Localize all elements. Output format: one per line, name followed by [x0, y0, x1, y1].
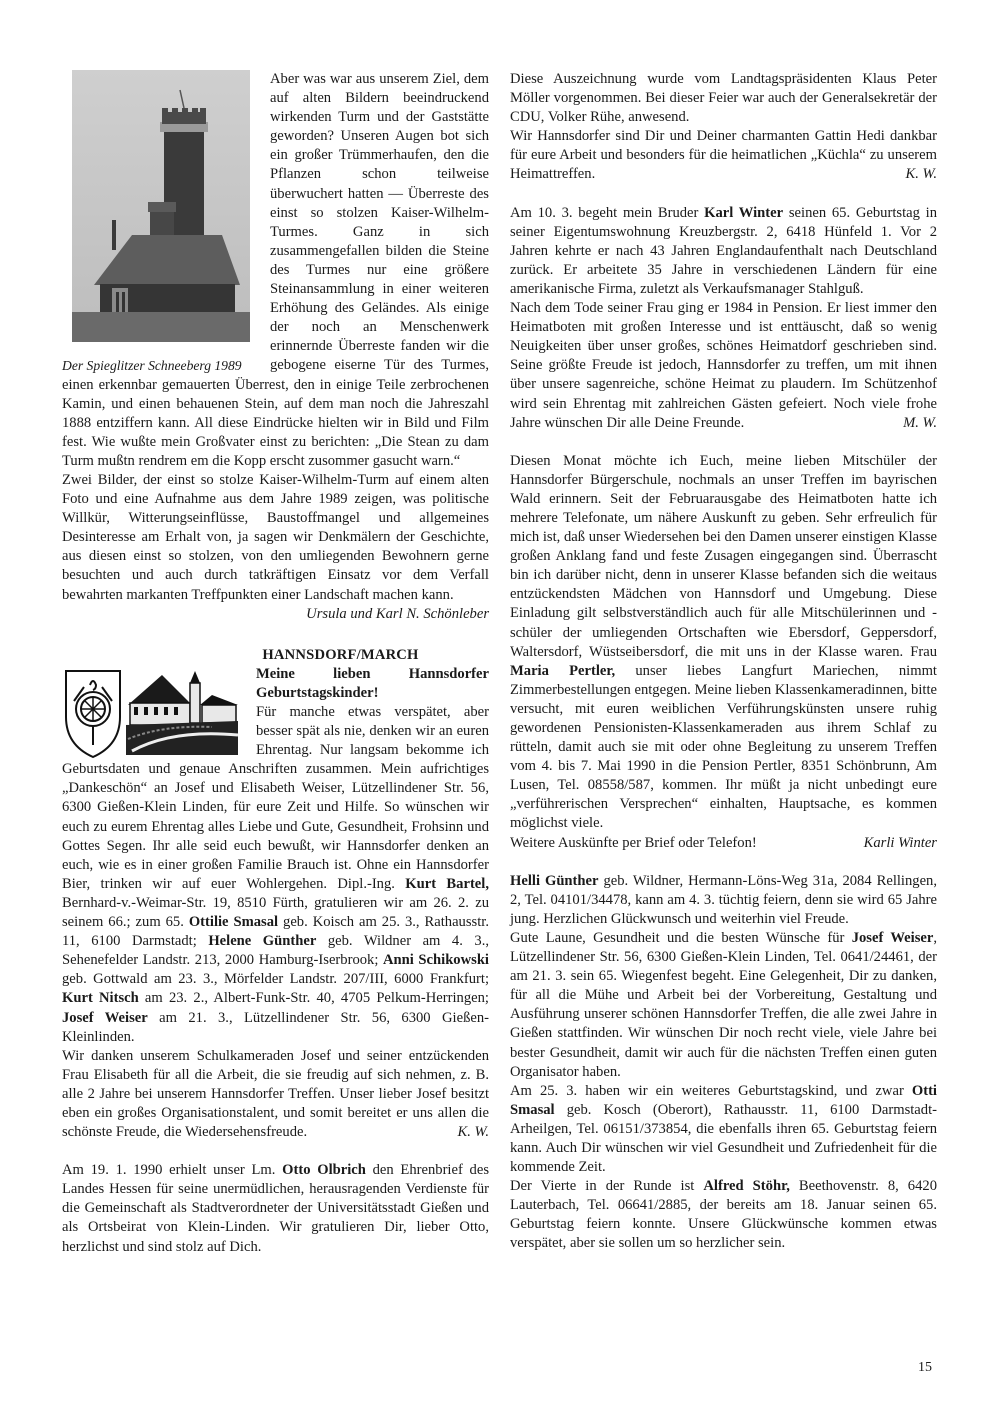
- paragraph: Am 25. 3. haben wir ein weiteres Geburts…: [510, 1082, 937, 1177]
- paragraph: Gute Laune, Gesundheit und die besten Wü…: [510, 929, 937, 1082]
- spacer: [510, 853, 937, 872]
- article-kaiser-wilhelm-turm: Der Spieglitzer Schneeberg 1989 Aber was…: [62, 70, 489, 471]
- paragraph: Wir Hannsdorfer sind Dir und Deiner char…: [510, 127, 937, 184]
- author-signature: Ursula und Karl N. Schönleber: [62, 605, 489, 624]
- author-signature: K. W.: [458, 1123, 490, 1142]
- person-name: Helli Günther: [510, 873, 599, 889]
- person-name: Ottilie Smasal: [189, 914, 278, 930]
- paragraph: Diesen Monat möchte ich Euch, meine lieb…: [510, 452, 937, 834]
- text-run: Am 25. 3. haben wir ein weiteres Geburts…: [510, 1083, 912, 1099]
- person-name: Alfred Stöhr,: [703, 1178, 790, 1194]
- photo-caption: Der Spieglitzer Schneeberg 1989: [62, 356, 262, 375]
- person-name: Josef Weiser: [852, 930, 934, 946]
- paragraph: Wir danken unserem Schulkameraden Josef …: [62, 1047, 489, 1142]
- person-name: Kurt Nitsch: [62, 990, 139, 1006]
- paragraph: Am 19. 1. 1990 erhielt unser Lm. Otto Ol…: [62, 1161, 489, 1256]
- text-run: am 23. 2., Albert-Funk-Str. 40, 4705 Pel…: [139, 990, 489, 1006]
- tower-photo-icon: [72, 70, 250, 342]
- text-run: Wir danken unserem Schulkameraden Josef …: [62, 1048, 489, 1140]
- spacer: [62, 1142, 489, 1161]
- spacer: [510, 185, 937, 204]
- text-run: Wir Hannsdorfer sind Dir und Deiner char…: [510, 128, 937, 182]
- paragraph: Zwei Bilder, der einst so stolze Kaiser-…: [62, 471, 489, 605]
- text-run: Am 10. 3. begeht mein Bruder: [510, 205, 704, 221]
- paragraph: Am 10. 3. begeht mein Bruder Karl Winter…: [510, 204, 937, 299]
- person-name: Anni Schikowski: [383, 952, 489, 968]
- person-name: Karl Winter: [704, 205, 783, 221]
- person-name: Kurt Bartel,: [405, 876, 489, 892]
- author-signature: Karli Winter: [864, 834, 937, 853]
- author-signature: K. W.: [906, 165, 938, 184]
- person-name: Helene Günther: [208, 933, 316, 949]
- paragraph: Diese Auszeichnung wurde vom Landtagsprä…: [510, 70, 937, 127]
- text-run: geb. Gottwald am 23. 3., Mörfelder Lands…: [62, 971, 489, 987]
- person-name: Maria Pertler,: [510, 663, 615, 679]
- author-signature: M. W.: [903, 414, 937, 433]
- text-run: Weitere Auskünfte per Brief oder Telefon…: [510, 835, 757, 851]
- paragraph: Der Vierte in der Runde ist Alfred Stöhr…: [510, 1177, 937, 1253]
- left-column: Der Spieglitzer Schneeberg 1989 Aber was…: [62, 70, 489, 1257]
- text-run: geb. Kosch (Oberort), Rathausstr. 11, 61…: [510, 1102, 937, 1175]
- person-name: Josef Weiser: [62, 1010, 148, 1026]
- text-run: Gute Laune, Gesundheit und die besten Wü…: [510, 930, 852, 946]
- text-run: unser liebes Langfurt Mariechen, nimmt Z…: [510, 663, 937, 832]
- page-number: 15: [918, 1360, 932, 1376]
- text-run: Diesen Monat möchte ich Euch, meine lieb…: [510, 453, 937, 660]
- text-run: , Lützellindener Str. 56, 6300 Gießen-Kl…: [510, 930, 937, 1080]
- spacer: [510, 433, 937, 452]
- paragraph: Weitere Auskünfte per Brief oder Telefon…: [510, 834, 937, 853]
- article-birthdays: Meine lieben Hannsdorfer Geburtstagskind…: [62, 665, 489, 1047]
- text-run: Nach dem Tode seiner Frau ging er 1984 i…: [510, 300, 937, 431]
- paragraph: Helli Günther geb. Wildner, Hermann-Löns…: [510, 872, 937, 929]
- coat-of-arms-and-village-icon: [62, 665, 248, 759]
- right-column: Diese Auszeichnung wurde vom Landtagsprä…: [510, 70, 937, 1254]
- text-run: Der Vierte in der Runde ist: [510, 1178, 703, 1194]
- photo-figure: Der Spieglitzer Schneeberg 1989: [62, 70, 262, 375]
- paragraph: Nach dem Tode seiner Frau ging er 1984 i…: [510, 299, 937, 433]
- section-heading: HANNSDORF/MARCH: [62, 646, 489, 665]
- text-run: Am 19. 1. 1990 erhielt unser Lm.: [62, 1162, 282, 1178]
- person-name: Otto Olbrich: [282, 1162, 366, 1178]
